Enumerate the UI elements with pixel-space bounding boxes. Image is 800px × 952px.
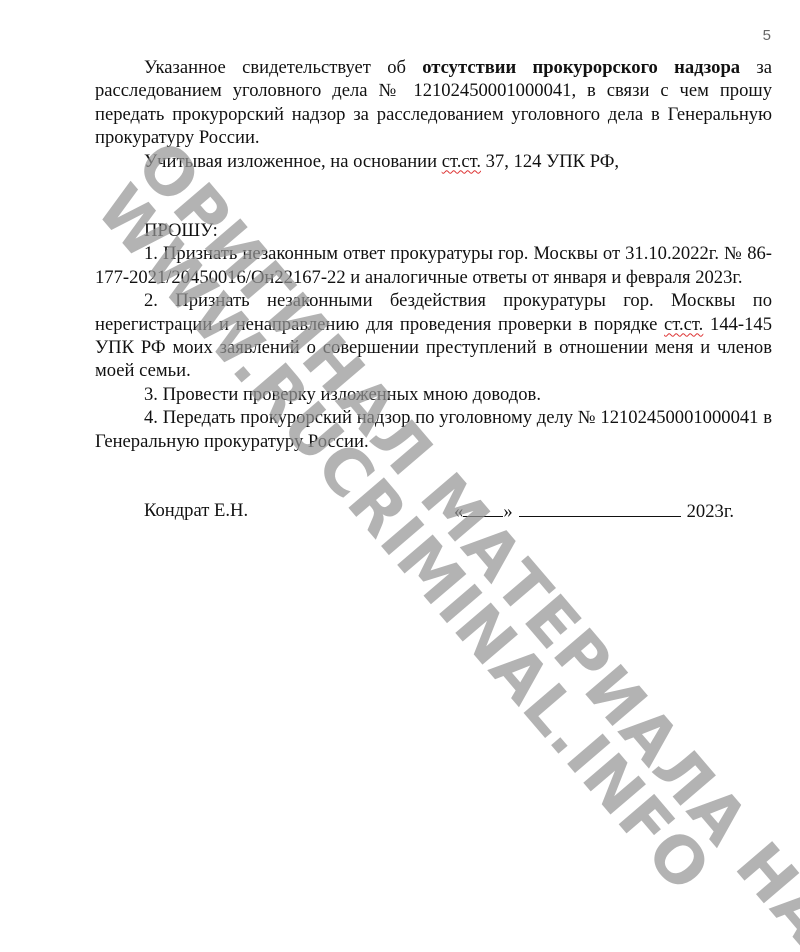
month-blank-line <box>519 500 681 517</box>
request-item-2: 2. Признать незаконными бездействия прок… <box>95 289 772 383</box>
emphasis-text: отсутствии прокурорского надзора <box>422 57 740 78</box>
request-item-1: 1. Признать незаконным ответ прокуратуры… <box>95 242 772 289</box>
paragraph-no-oversight: Указанное свидетельствует об отсутствии … <box>95 56 772 150</box>
day-blank-line <box>463 500 503 517</box>
signature-date: «»2023г. <box>454 500 734 523</box>
spellcheck-flagged-text: ст.ст. <box>664 314 703 335</box>
signature-year: 2023г. <box>687 501 734 522</box>
close-quote: » <box>503 501 512 522</box>
request-item-4: 4. Передать прокурорский надзор по уголо… <box>95 406 772 453</box>
signature-block: Кондрат Е.Н. «»2023г. <box>144 500 734 526</box>
document-page: 5 Указанное свидетельствует об отсутстви… <box>0 0 800 952</box>
signatory-name: Кондрат Е.Н. <box>144 500 248 522</box>
page-number: 5 <box>763 27 771 44</box>
spellcheck-flagged-text: ст.ст. <box>442 151 481 172</box>
request-heading: ПРОШУ: <box>95 219 772 242</box>
paragraph-legal-basis: Учитывая изложенное, на основании ст.ст.… <box>95 150 772 173</box>
paragraph-text: Указанное свидетельствует об <box>144 57 422 78</box>
request-item-3: 3. Провести проверку изложенных мною дов… <box>95 383 772 406</box>
spacer <box>95 173 772 219</box>
paragraph-text: 37, 124 УПК РФ, <box>481 151 619 172</box>
document-body: Указанное свидетельствует об отсутствии … <box>95 56 772 453</box>
paragraph-text: Учитывая изложенное, на основании <box>144 151 442 172</box>
open-quote: « <box>454 501 463 522</box>
